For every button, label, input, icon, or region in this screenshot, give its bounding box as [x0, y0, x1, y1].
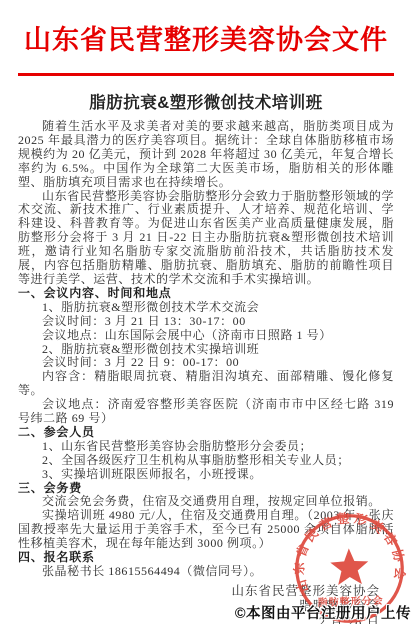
section-item: 会议地点：济南爱容整形美容医院（济南市市中区经七路 319 号纬二路 69 号）: [18, 398, 394, 426]
section-attendees: 二、参会人员 1、山东省民营整形美容协会脂肪整形分会委员； 2、全国各级医疗卫生…: [18, 426, 394, 482]
section-heading: 一、会议内容、时间和地点: [18, 287, 394, 301]
doc-title: 山东省民营整形美容协会文件: [18, 18, 394, 57]
signature-org-line1: 山东省民营整形美容协会: [18, 584, 380, 600]
doc-body: 随着生活水平及求美者对美的要求越来越高，脂肪类项目成为 2025 年最具潜力的医…: [18, 120, 394, 579]
section-item: 会议地点：山东国际会展中心（济南市日照路 1 号）: [18, 329, 394, 343]
doc-subtitle: 脂肪抗衰&塑形微创技术培训班: [18, 89, 394, 113]
intro-paragraph: 随着生活水平及求美者对美的要求越来越高，脂肪类项目成为 2025 年最具潜力的医…: [18, 120, 394, 190]
section-item: 1、山东省民营整形美容协会脂肪整形分会委员；: [18, 440, 394, 454]
section-heading: 四、报名联系: [18, 551, 394, 565]
section-item: 3、实操培训班限医师报名，小班授课。: [18, 468, 394, 482]
section-item: 2、全国各级医疗卫生机构从事脂肪整形相关专业人员；: [18, 454, 394, 468]
section-meeting-info: 一、会议内容、时间和地点 1、脂肪抗衰&塑形微创技术学术交流会 会议时间：3 月…: [18, 287, 394, 426]
section-item: 1、脂肪抗衰&塑形微创技术学术交流会: [18, 301, 394, 315]
red-divider-line: [18, 73, 394, 76]
section-heading: 二、参会人员: [18, 426, 394, 440]
section-item: 张晶秘书长 18615564494（微信同号）。: [18, 565, 394, 579]
section-item: 会议时间：3 月 21 日 13：30-17：00: [18, 315, 394, 329]
section-registration-contact: 四、报名联系 张晶秘书长 18615564494（微信同号）。: [18, 551, 394, 579]
platform-upload-watermark: ©本图由平台注册用户上传: [235, 602, 411, 623]
section-item: 实操培训班 4980 元/人，住宿及交通费用自理。（2003 年，张庆国教授率先…: [18, 509, 394, 551]
document-page: 山东省民营整形美容协会文件 脂肪抗衰&塑形微创技术培训班 随着生活水平及求美者对…: [0, 0, 412, 624]
section-item: 内容含：精脂眼周抗衰、精脂泪沟填充、面部精雕、馒化修复等。: [18, 370, 394, 398]
intro-paragraph: 山东省民营整形美容协会脂肪整形分会致力于脂肪整形领域的学术交流、新技术推广、行业…: [18, 190, 394, 287]
section-fees: 三、会务费 交流会免会务费，住宿及交通费用自理，按规定回单位报销。 实操培训班 …: [18, 482, 394, 552]
